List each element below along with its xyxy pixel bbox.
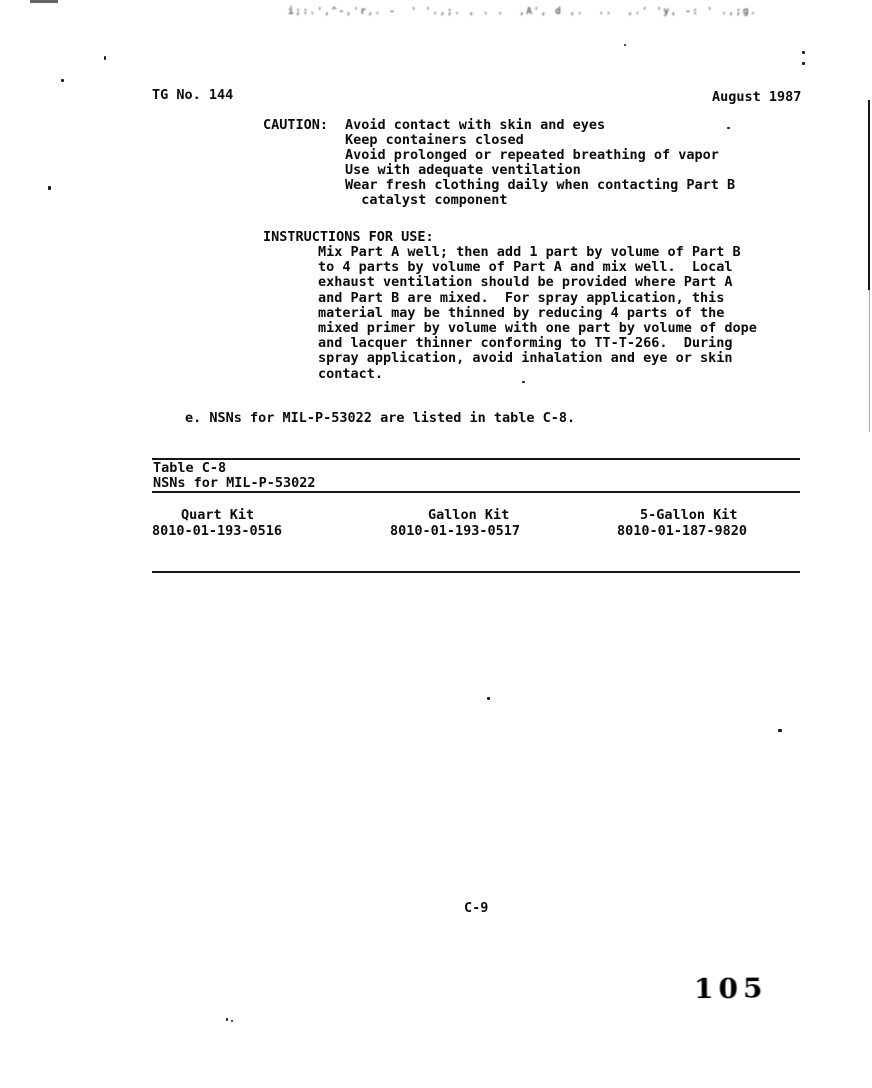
illegible-header-smudge: i;:.',^-,'r,. - ' '.,;. , . . ,A', d ,. … <box>288 4 638 19</box>
table-column-header: Gallon Kit <box>428 508 509 523</box>
instructions-text: Mix Part A well; then add 1 part by volu… <box>318 245 757 382</box>
caution-line: Avoid prolonged or repeated breathing of… <box>345 148 735 163</box>
instructions-line: contact. <box>318 367 757 382</box>
instructions-line: and Part B are mixed. For spray applicat… <box>318 291 757 306</box>
ink-speck <box>802 51 805 54</box>
instructions-line: spray application, avoid inhalation and … <box>318 351 757 366</box>
caution-line: catalyst component <box>345 193 735 208</box>
ink-speck <box>48 186 51 190</box>
scan-artifact-top-bar <box>30 0 58 3</box>
instructions-label: INSTRUCTIONS FOR USE: <box>263 230 434 245</box>
page-number: C-9 <box>464 901 488 916</box>
instructions-line: to 4 parts by volume of Part A and mix w… <box>318 260 757 275</box>
caution-line: Use with adequate ventilation <box>345 163 735 178</box>
doc-date: August 1987 <box>712 90 801 105</box>
scanned-document-page: i;:.',^-,'r,. - ' '.,;. , . . ,A', d ,. … <box>0 0 872 1088</box>
instructions-line: exhaust ventilation should be provided w… <box>318 275 757 290</box>
scan-artifact-right-line-dark <box>868 100 870 290</box>
table-cell-nsn: 8010-01-193-0517 <box>390 524 520 539</box>
table-bottom-rule <box>152 571 800 573</box>
table-cell-nsn: 8010-01-187-9820 <box>617 524 747 539</box>
table-header-rule <box>152 491 800 493</box>
ink-speck <box>104 56 106 60</box>
ink-speck <box>778 729 782 732</box>
ink-speck <box>727 127 730 129</box>
table-title: Table C-8 <box>153 461 226 476</box>
caution-line: Keep containers closed <box>345 133 735 148</box>
instructions-line: mixed primer by volume with one part by … <box>318 321 757 336</box>
instructions-line: Mix Part A well; then add 1 part by volu… <box>318 245 757 260</box>
table-column-header: 5-Gallon Kit <box>640 508 738 523</box>
ink-speck <box>226 1018 228 1021</box>
caution-line: Wear fresh clothing daily when contactin… <box>345 178 735 193</box>
caution-line: Avoid contact with skin and eyes <box>345 118 735 133</box>
table-column-header: Quart Kit <box>181 508 254 523</box>
ink-speck <box>802 62 805 65</box>
list-item-e: e. NSNs for MIL-P-53022 are listed in ta… <box>185 411 575 426</box>
scan-artifact-right-line-gray <box>869 290 871 432</box>
ink-speck <box>624 44 626 46</box>
table-top-rule <box>152 458 800 460</box>
table-subtitle: NSNs for MIL-P-53022 <box>153 476 316 491</box>
instructions-line: material may be thinned by reducing 4 pa… <box>318 306 757 321</box>
ink-speck <box>61 79 64 82</box>
ink-speck <box>522 381 525 383</box>
caution-label: CAUTION: <box>263 118 328 133</box>
table-cell-nsn: 8010-01-193-0516 <box>152 524 282 539</box>
stamp-page-number: 105 <box>694 981 768 996</box>
caution-text: Avoid contact with skin and eyes Keep co… <box>345 118 735 208</box>
ink-speck <box>231 1020 233 1022</box>
doc-number: TG No. 144 <box>152 88 233 103</box>
ink-speck <box>487 697 490 700</box>
instructions-line: and lacquer thinner conforming to TT-T-2… <box>318 336 757 351</box>
